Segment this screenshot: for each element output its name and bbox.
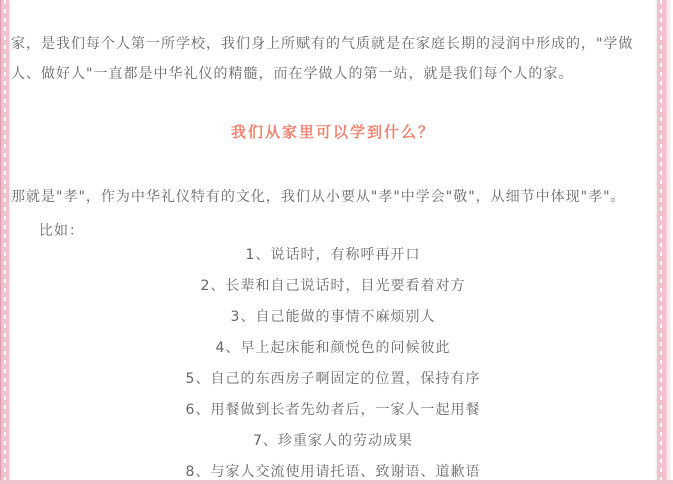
list-item: 2、长辈和自己说话时，目光要看着对方: [11, 271, 655, 302]
list-item: 6、用餐做到长者先幼者后，一家人一起用餐: [11, 395, 655, 426]
filial-piety-paragraph: 那就是"孝"，作为中华礼仪特有的文化，我们从小要从"孝"中学会"敬"，从细节中体…: [11, 182, 655, 212]
list-item: 7、珍重家人的劳动成果: [11, 426, 655, 457]
right-stitched-ribbon-border: [657, 0, 666, 484]
list-item: 1、说话时，有称呼再开口: [11, 240, 655, 271]
numbered-list: 1、说话时，有称呼再开口 2、长辈和自己说话时，目光要看着对方 3、自己能做的事…: [11, 240, 655, 484]
article-body: 家，是我们每个人第一所学校，我们身上所赋有的气质就是在家庭长期的浸润中形成的，"…: [11, 0, 655, 480]
section-heading: 我们从家里可以学到什么？: [11, 117, 655, 147]
right-edge-fade: [666, 0, 673, 484]
left-stitched-ribbon-border: [0, 0, 9, 484]
left-stitch-dashes: [4, 0, 6, 484]
right-stitch-dashes: [660, 0, 662, 484]
list-item: 5、自己的东西房子啊固定的位置，保持有序: [11, 364, 655, 395]
list-item: 3、自己能做的事情不麻烦别人: [11, 302, 655, 333]
intro-paragraph: 家，是我们每个人第一所学校，我们身上所赋有的气质就是在家庭长期的浸润中形成的，"…: [11, 29, 655, 89]
list-item: 4、早上起床能和颜悦色的问候彼此: [11, 333, 655, 364]
bottom-pink-border: [0, 480, 673, 484]
